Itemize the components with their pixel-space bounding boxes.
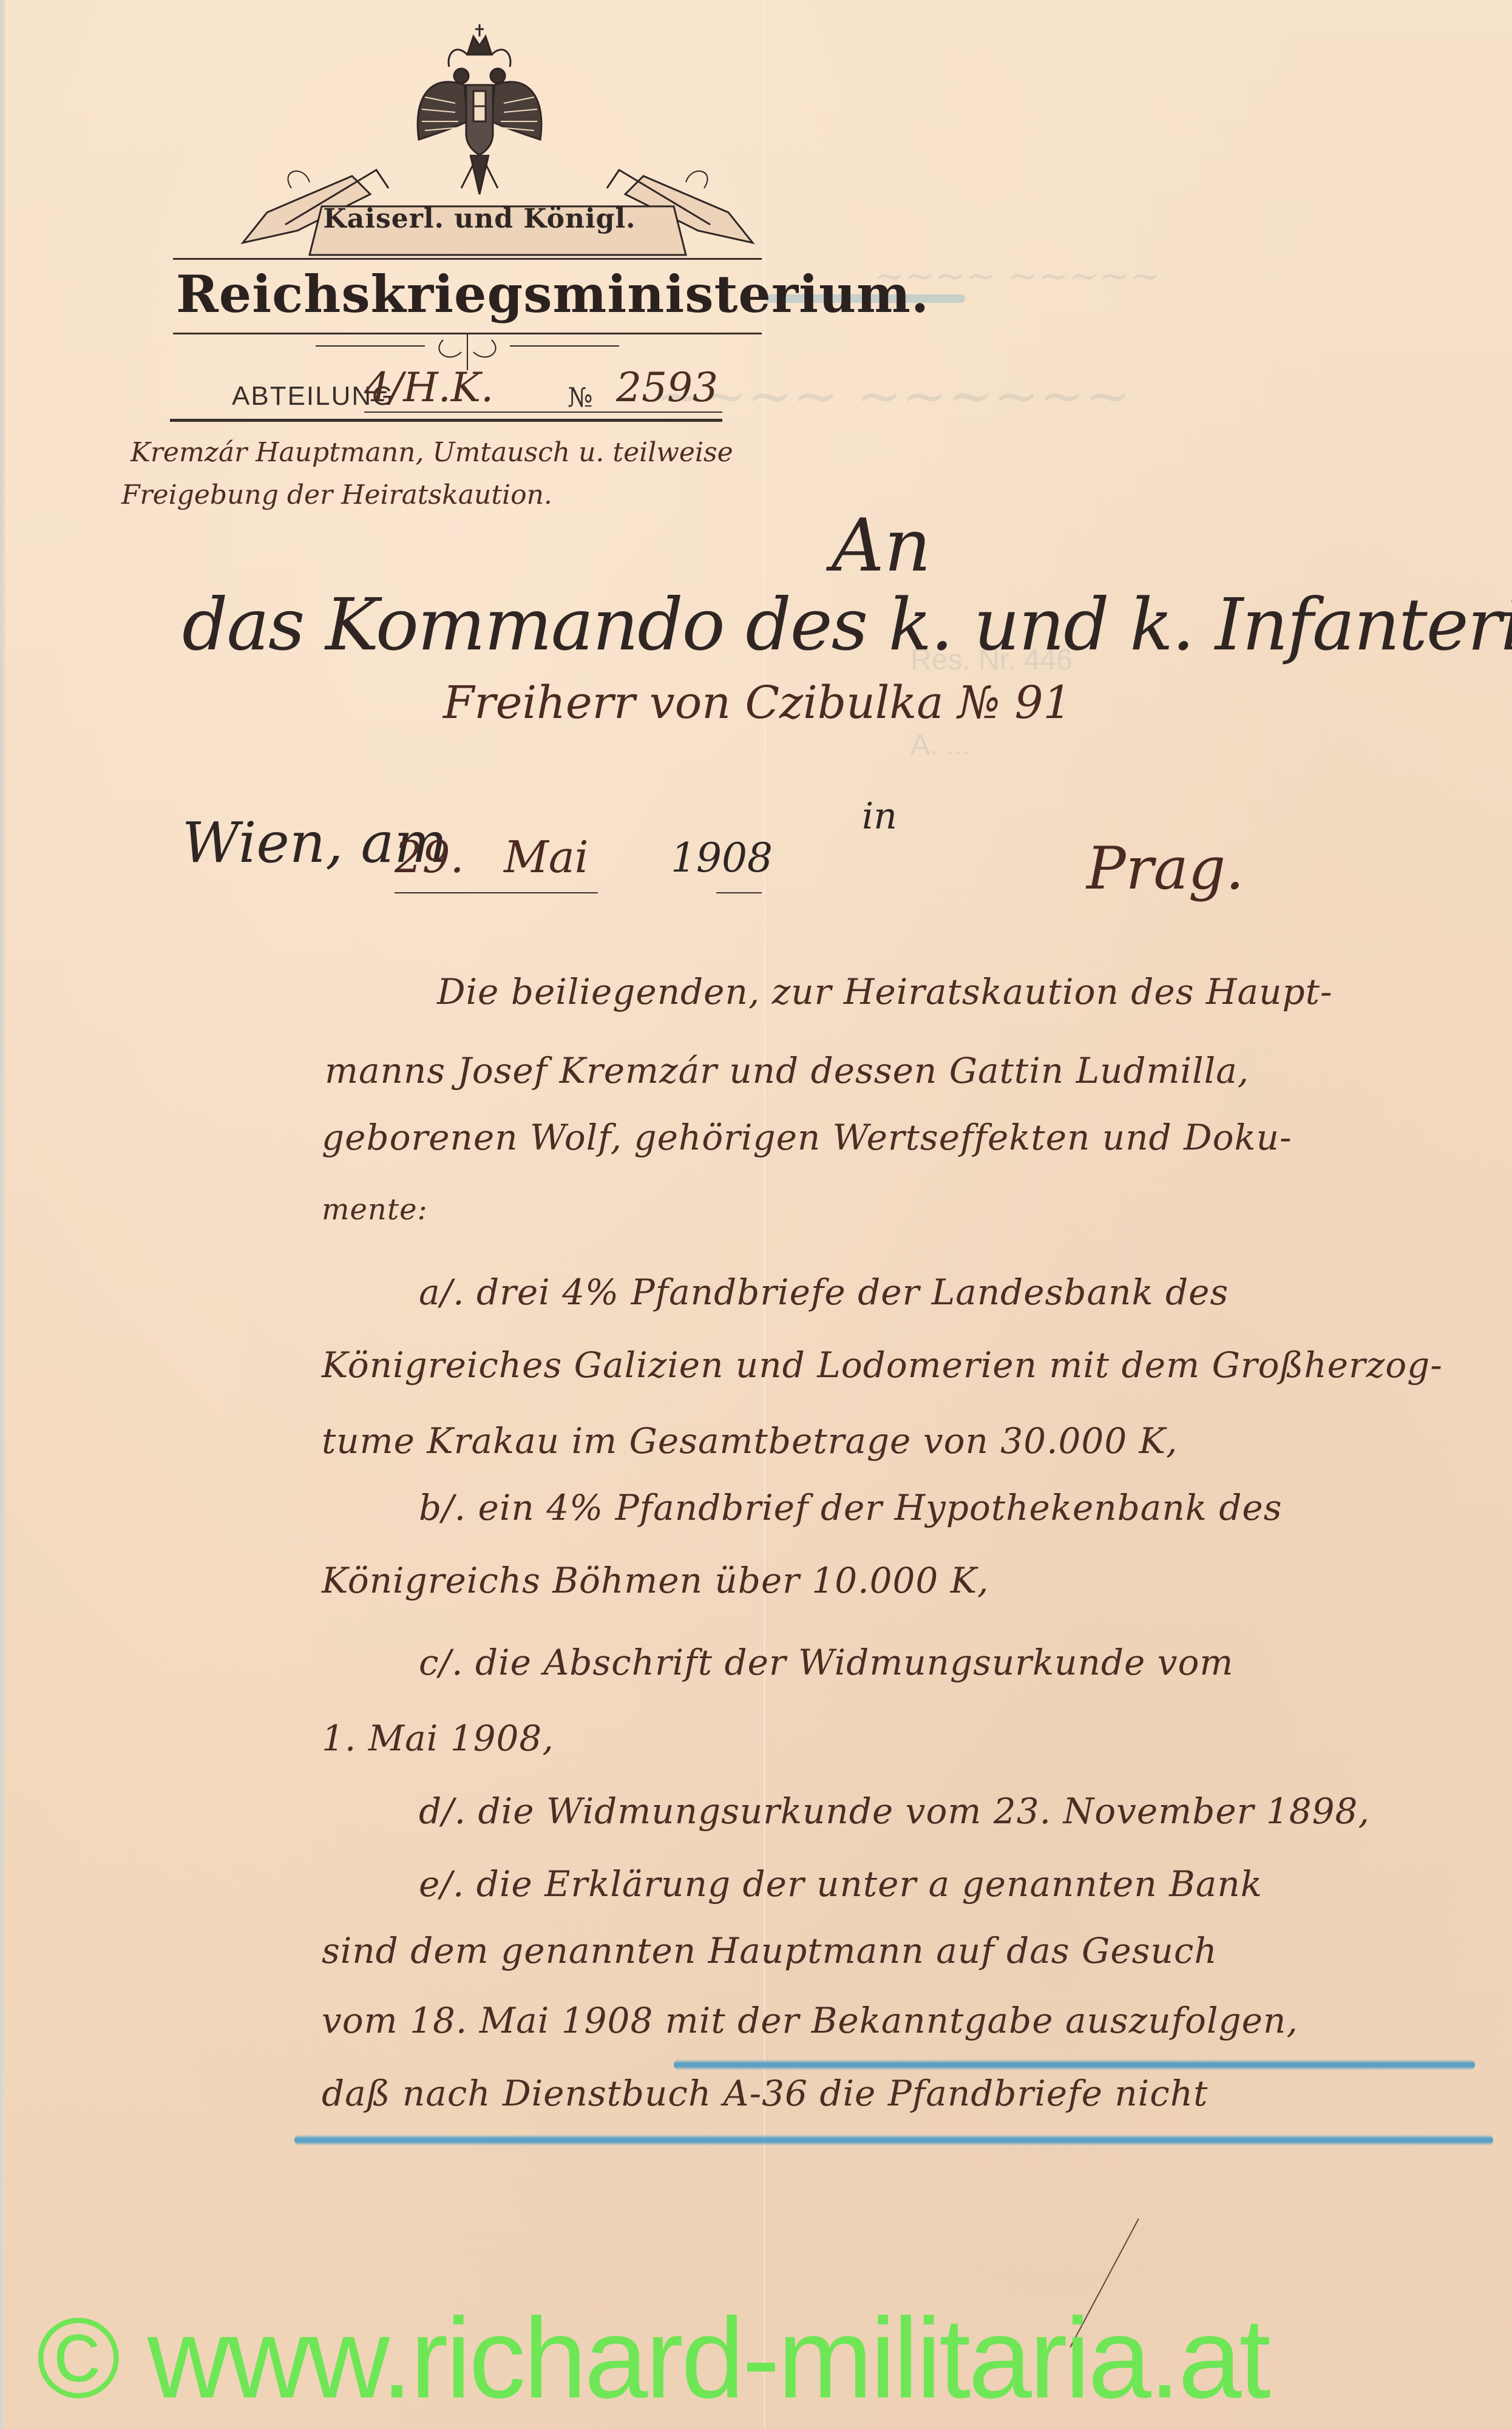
bleed-through-handwriting: ~~~~ ~~~~~~ bbox=[656, 364, 1131, 428]
blue-pencil-underline bbox=[674, 2059, 1475, 2070]
body-line: mente: bbox=[322, 1193, 428, 1227]
letterhead-rule bbox=[170, 419, 722, 422]
date-underline bbox=[395, 892, 598, 893]
body-line: geborenen Wolf, gehörigen Wertseffekten … bbox=[322, 1117, 1292, 1158]
recipient-line-1: das Kommando des k. und k. Infanteriereg… bbox=[182, 583, 1512, 666]
document-number: 2593 bbox=[616, 364, 718, 411]
body-line: sind dem genannten Hauptmann auf das Ges… bbox=[322, 1930, 1218, 1971]
body-line: 1. Mai 1908, bbox=[322, 1718, 554, 1759]
body-line-item-d: d/. die Widmungsurkunde vom 23. November… bbox=[419, 1790, 1370, 1832]
body-line: Königreichs Böhmen über 10.000 K, bbox=[322, 1560, 989, 1601]
paper-left-edge bbox=[0, 0, 5, 2429]
body-line-item-a: a/. drei 4% Pfandbriefe der Landesbank d… bbox=[419, 1272, 1229, 1313]
date-month: Mai bbox=[504, 832, 589, 883]
blue-pencil-underline bbox=[294, 2135, 1493, 2146]
bleed-through-stamp: A. ... bbox=[910, 728, 971, 762]
destination-city: Prag. bbox=[1087, 835, 1244, 903]
letterhead-ministry-title: Reichskriegsministerium. bbox=[176, 258, 759, 331]
body-line: daß nach Dienstbuch A-36 die Pfandbriefe… bbox=[322, 2073, 1208, 2114]
body-line: tume Krakau im Gesamtbetrage von 30.000 … bbox=[322, 1420, 1178, 1462]
recipient-line-2: Freiherr von Czibulka № 91 bbox=[443, 677, 1072, 729]
body-line-item-c: c/. die Abschrift der Widmungsurkunde vo… bbox=[419, 1642, 1233, 1683]
body-line: vom 18. Mai 1908 mit der Bekanntgabe aus… bbox=[322, 2000, 1298, 2041]
in-label: in bbox=[862, 795, 897, 838]
body-line: manns Josef Kremzár und dessen Gattin Lu… bbox=[325, 1050, 1249, 1091]
letterhead-kuk-text: Kaiserl. und Königl. bbox=[322, 203, 637, 234]
body-line: Die beiliegenden, zur Heiratskaution des… bbox=[437, 971, 1332, 1012]
body-line-item-b: b/. ein 4% Pfandbrief der Hypothekenbank… bbox=[419, 1487, 1283, 1528]
subject-line-1: Kremzár Hauptmann, Umtausch u. teilweise bbox=[131, 437, 733, 468]
date-year: 1908 bbox=[671, 835, 773, 881]
subject-line-2: Freigebung der Heiratskaution. bbox=[121, 479, 552, 510]
department-underline bbox=[364, 412, 722, 413]
number-label: № bbox=[568, 382, 593, 413]
year-underline bbox=[716, 892, 762, 893]
department-value: 4/H.K. bbox=[364, 364, 493, 411]
body-line-item-e: e/. die Erklärung der unter a genannten … bbox=[419, 1863, 1263, 1905]
address-an: An bbox=[832, 504, 931, 588]
date-day: 29. bbox=[395, 832, 464, 883]
body-line: Königreiches Galizien und Lodomerien mit… bbox=[322, 1344, 1443, 1386]
copyright-watermark: © www.richard-militaria.at bbox=[36, 2297, 1493, 2419]
